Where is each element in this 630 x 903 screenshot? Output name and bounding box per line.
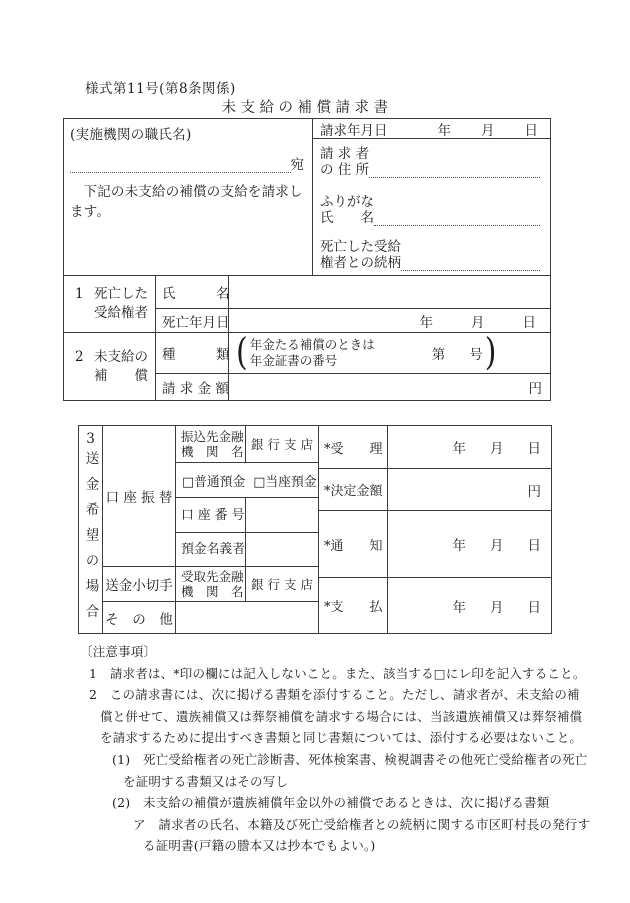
furigana-line: ふりがな [320, 194, 540, 210]
addressee-line: 宛 [70, 156, 304, 173]
death-date-row: 死亡年月日 年 月 日 [156, 309, 550, 332]
receipt-date-field: 年 月 日 [388, 426, 551, 468]
payment-row: *支 払 年 月 日 [319, 578, 551, 633]
year-unit: 年 [438, 119, 452, 139]
bank-branch-field[interactable]: 銀 行 支 店 [246, 426, 318, 462]
claim-amount-row: 請 求 金 額 円 [156, 374, 550, 400]
month-unit: 月 [490, 596, 504, 616]
bank-detail-column: 振込先金融 機 関 名 銀 行 支 店 □普通預金 □当座預金 口 座 番 号 [176, 426, 318, 633]
note-line: を証明する書類又はその写し [123, 771, 620, 793]
death-date-field[interactable]: 年 月 日 [229, 309, 550, 332]
notice-label: *通 知 [319, 511, 388, 577]
amount-label: 請 求 金 額 [156, 374, 229, 400]
remittance-table: 3 送金希望の場合 口 座 振 替 送金小切手 そ の 他 振込先金融 機 関 … [78, 425, 552, 634]
decided-amount-label: *決定金額 [319, 469, 388, 510]
section1-label: 1死亡した 受給権者 [64, 276, 156, 332]
month-unit: 月 [471, 311, 485, 331]
claimant-box: 請求年月日 年 月 日 請 求 者 の 住 所 [313, 119, 550, 275]
death-date-label: 死亡年月日 [156, 309, 229, 332]
bank-name-label: 振込先金融 機 関 名 [176, 426, 246, 462]
note-line: る証明書(戸籍の謄本又は抄本でもよい。) [143, 835, 620, 857]
pension-note: 年金たる補償のときは 年金証書の番号 [250, 337, 378, 369]
account-holder-label: 預金名義者 [176, 533, 246, 566]
claim-date-field[interactable]: 年 月 日 [408, 119, 539, 139]
note-line: 1 請求者は、*印の欄には記入しないこと。また、該当する□にレ印を記入すること。 [89, 663, 620, 685]
note-line: (1) 死亡受給権者の死亡診断書、死体検案書、検視調書その他死亡受給権者の死亡 [112, 749, 620, 771]
section3-vertical-label: 送金希望の場合 [80, 451, 102, 630]
account-number-row: 口 座 番 号 [176, 498, 318, 533]
claimant-name-field[interactable] [374, 212, 540, 226]
addressee-suffix: 宛 [291, 153, 305, 173]
month-unit: 月 [481, 119, 495, 139]
claim-date-row: 請求年月日 年 月 日 [313, 119, 550, 139]
day-unit: 日 [528, 534, 542, 554]
receiver-branch-field[interactable]: 銀 行 支 店 [246, 567, 318, 601]
section2-label: 2未支給の 補 償 [64, 333, 156, 400]
claimant-address-field[interactable] [369, 164, 540, 178]
claim-table-header: (実施機関の職氏名) 宛 下記の未支給の補償の支給を請求します。 請求年月日 年… [64, 119, 550, 276]
form-number: 様式第11号(第8条関係) [85, 77, 236, 97]
account-holder-field[interactable] [246, 533, 318, 566]
type-label: 種 類 [156, 333, 229, 373]
claim-table: (実施機関の職氏名) 宛 下記の未支給の補償の支給を請求します。 請求年月日 年… [63, 118, 551, 401]
section2-number: 2 [75, 348, 94, 367]
official-use-column: *受 理 年 月 日 *決定金額 円 *通 知 [319, 426, 551, 633]
deceased-name-row: 氏 名 [156, 276, 550, 309]
remittance-check-label: 送金小切手 [103, 567, 175, 602]
account-number-label: 口 座 番 号 [176, 498, 246, 532]
method-column: 口 座 振 替 送金小切手 そ の 他 [103, 426, 176, 633]
type-field[interactable]: ( 年金たる補償のときは 年金証書の番号 第 号 ) [229, 333, 550, 373]
month-unit: 月 [490, 437, 504, 457]
ordinary-deposit-checkbox[interactable]: □普通預金 [182, 471, 245, 490]
day-unit: 日 [525, 119, 539, 139]
note-line: ア 請求者の氏名、本籍及び死亡受給権者との続柄に関する市区町村長の発行す [133, 814, 620, 836]
account-number-field[interactable] [246, 498, 318, 532]
yen-unit: 円 [529, 377, 543, 397]
note-line: 償と併せて、遺族補償又は葬祭補償を請求する場合には、当該遺族補償又は葬祭補償 [100, 706, 620, 728]
section1-number: 1 [75, 285, 94, 304]
receiver-bank-label: 受取先金融 機 関 名 [176, 567, 246, 601]
claimant-label-line1: 請 求 者 [320, 146, 540, 162]
deposit-type-row: □普通預金 □当座預金 [176, 463, 318, 498]
receipt-row: *受 理 年 月 日 [319, 426, 551, 469]
other-method-field[interactable] [176, 602, 318, 633]
receipt-label: *受 理 [319, 426, 388, 468]
other-method-label: そ の 他 [103, 602, 175, 633]
notice-date-field: 年 月 日 [388, 511, 551, 577]
month-unit: 月 [490, 534, 504, 554]
agency-box: (実施機関の職氏名) 宛 下記の未支給の補償の支給を請求します。 [64, 119, 313, 275]
amount-field[interactable]: 円 [229, 374, 550, 400]
section3-label: 3 送金希望の場合 [79, 426, 103, 633]
decided-amount-row: *決定金額 円 [319, 469, 551, 511]
claim-date-label: 請求年月日 [320, 119, 388, 139]
agency-label: (実施機関の職氏名) [70, 123, 306, 143]
section3-number: 3 [86, 431, 95, 448]
note-line: (2) 未支給の補償が遺族補償年金以外の補償であるときは、次に掲げる書類 [112, 792, 620, 814]
day-unit: 日 [523, 311, 537, 331]
receiver-bank-row: 受取先金融 機 関 名 銀 行 支 店 [176, 567, 318, 602]
cert-number-prefix: 第 [432, 343, 446, 363]
year-unit: 年 [453, 596, 467, 616]
section2-row: 2未支給の 補 償 種 類 ( 年金たる補償のときは 年金証書の番号 第 [64, 333, 550, 400]
payment-label: *支 払 [319, 578, 388, 633]
payment-date-field: 年 月 日 [388, 578, 551, 633]
page-title: 未支給の補償請求書 [63, 96, 551, 117]
deceased-name-field[interactable] [229, 276, 550, 308]
addressee-field[interactable] [70, 159, 291, 173]
yen-unit: 円 [528, 480, 542, 500]
day-unit: 日 [528, 596, 542, 616]
note-line: を請求するために提出すべき書類と同じ書類については、添付する必要はないこと。 [100, 727, 620, 749]
current-deposit-checkbox[interactable]: □当座預金 [253, 471, 316, 490]
day-unit: 日 [528, 437, 542, 457]
other-method-row [176, 602, 318, 633]
compensation-type-row: 種 類 ( 年金たる補償のときは 年金証書の番号 第 号 ) [156, 333, 550, 374]
relation-line: 権者との続柄 [320, 255, 540, 271]
section1-row: 1死亡した 受給権者 氏 名 死亡年月日 年 月 日 [64, 276, 550, 333]
open-paren: ( [236, 334, 248, 372]
cert-number-suffix: 号 [469, 343, 483, 363]
year-unit: 年 [453, 534, 467, 554]
notes-section: 〔注意事項〕 1 請求者は、*印の欄には記入しないこと。また、該当する□にレ印を… [80, 641, 620, 857]
form-page: 様式第11号(第8条関係) 未支給の補償請求書 (実施機関の職氏名) 宛 下記の… [0, 0, 630, 903]
year-unit: 年 [420, 311, 434, 331]
notice-row: *通 知 年 月 日 [319, 511, 551, 578]
claimant-address-line: の 住 所 [320, 162, 540, 178]
deceased-name-label: 氏 名 [156, 276, 229, 308]
year-unit: 年 [453, 437, 467, 457]
request-statement: 下記の未支給の補償の支給を請求します。 [70, 182, 304, 222]
claimant-fields: 請 求 者 の 住 所 ふりがな 氏 名 死亡した受給 [313, 139, 550, 271]
note-line: 2 この請求書には、次に掲げる書類を添付すること。ただし、請求者が、未支給の補 [89, 684, 620, 706]
notes-heading: 〔注意事項〕 [80, 641, 620, 663]
decided-amount-field: 円 [388, 469, 551, 510]
account-holder-row: 預金名義者 [176, 533, 318, 567]
relation-field[interactable] [401, 257, 540, 271]
relation-label-line1: 死亡した受給 [320, 239, 540, 255]
close-paren: ) [485, 334, 497, 372]
remittance-left: 3 送金希望の場合 口 座 振 替 送金小切手 そ の 他 振込先金融 機 関 … [79, 426, 319, 633]
bank-name-row: 振込先金融 機 関 名 銀 行 支 店 [176, 426, 318, 463]
account-transfer-label: 口 座 振 替 [103, 426, 175, 567]
claimant-name-line: 氏 名 [320, 210, 540, 226]
